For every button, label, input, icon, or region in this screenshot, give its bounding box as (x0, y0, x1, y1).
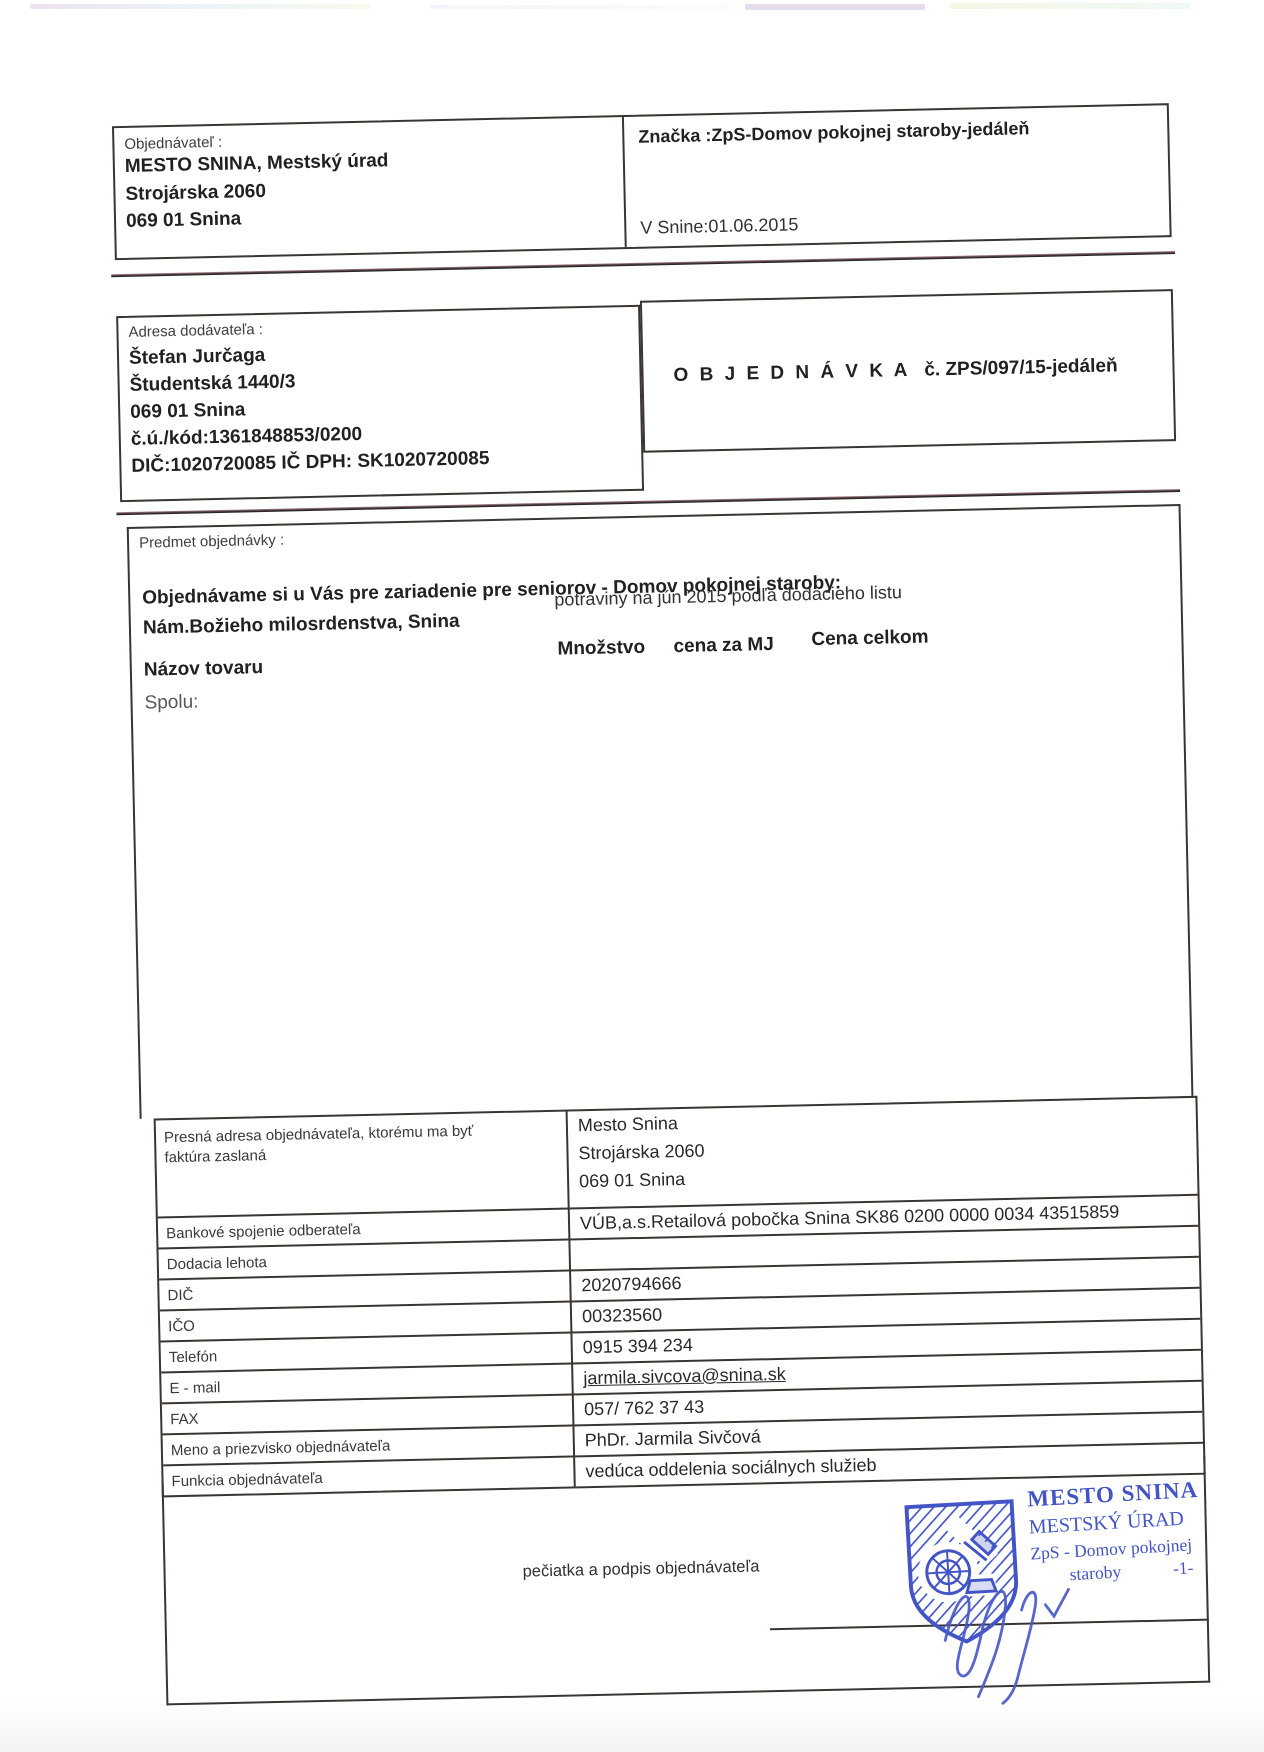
order-number-box: O B J E D N Á V K A č. ZPS/097/15-jedále… (640, 289, 1176, 453)
mark-line: Značka :ZpS-Domov pokojnej staroby-jedál… (638, 116, 1153, 148)
supplier-box: Adresa dodávateľa : Štefan Jurčaga Štude… (116, 305, 644, 502)
total-label: Spolu: (144, 691, 198, 714)
document-body: Objednávateľ : MESTO SNINA, Mestský úrad… (0, 0, 1264, 1752)
order-subject-box: Predmet objednávky : Objednávame si u Vá… (127, 504, 1194, 1119)
stamp-page-marker: -1- (1172, 1556, 1194, 1580)
email-value: jarmila.sivcova@snina.sk (583, 1364, 786, 1388)
stamp-signature-box: pečiatka a podpis objednávateľa (162, 1457, 1211, 1706)
details-table: Presná adresa objednávateľa, ktorému ma … (154, 1096, 1206, 1498)
header-box: Objednávateľ : MESTO SNINA, Mestský úrad… (112, 103, 1172, 260)
official-stamp: MESTO SNINA MESTSKÝ ÚRAD ZpS - Domov pok… (901, 1475, 1216, 1682)
column-header-unit-price: cena za MJ (673, 631, 774, 661)
mark-block: Značka :ZpS-Domov pokojnej staroby-jedál… (622, 105, 1170, 247)
stamp-note: pečiatka a podpis objednávateľa (522, 1557, 759, 1581)
place-date: V Snine:01.06.2015 (640, 214, 799, 238)
field-label: Presná adresa objednávateľa, ktorému ma … (156, 1112, 568, 1217)
column-header-quantity: Množstvo (557, 634, 645, 663)
order-number: č. ZPS/097/15-jedáleň (924, 355, 1118, 381)
order-title: O B J E D N Á V K A (673, 360, 910, 387)
column-header-item: Názov tovaru (144, 654, 264, 684)
customer-block: Objednávateľ : MESTO SNINA, Mestský úrad… (114, 117, 625, 258)
column-header-total: Cena celkom (811, 624, 929, 654)
handwritten-signature (915, 1558, 1163, 1711)
subject-label: Predmet objednávky : (139, 532, 284, 552)
scanned-order-document: Objednávateľ : MESTO SNINA, Mestský úrad… (0, 0, 1264, 1752)
field-value: Mesto Snina Strojárska 2060 069 01 Snina (566, 1098, 1198, 1208)
subject-line2-left: Nám.Božieho milosrdenstva, Snina (143, 608, 460, 642)
